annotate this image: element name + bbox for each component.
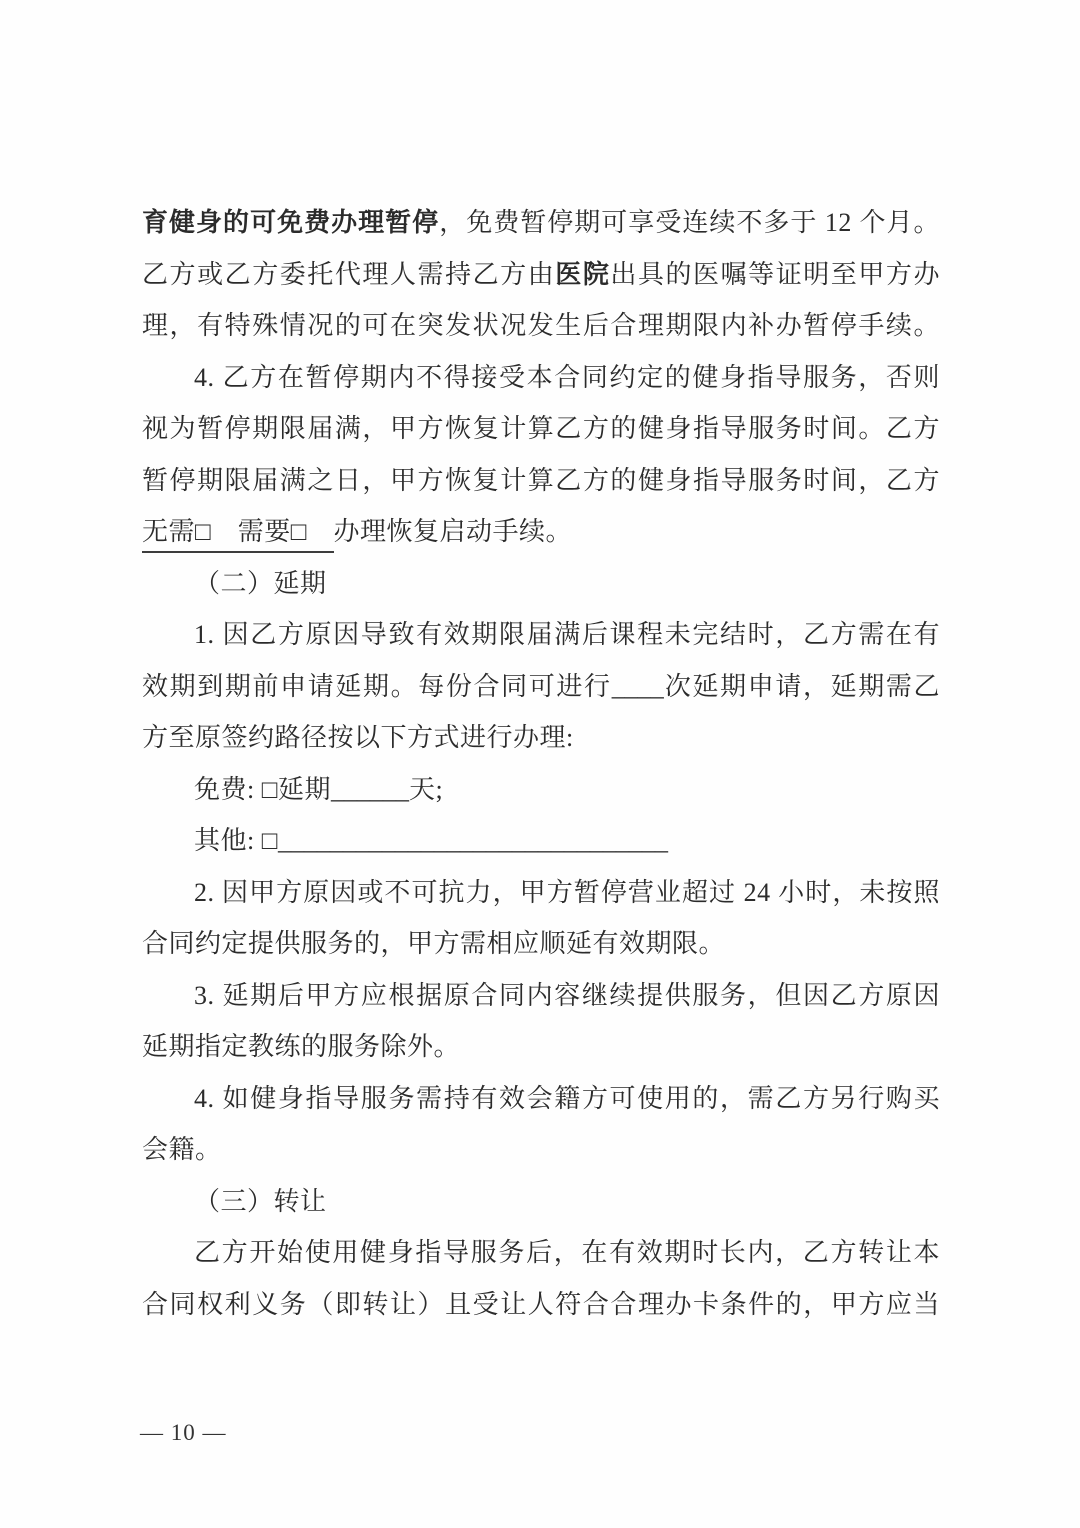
text-run: 天; (409, 775, 443, 804)
text-run: 视为暂停期限届满，甲方恢复计算乙方的健身指导服务时间。乙方 (142, 414, 940, 443)
checkbox-resume-not-needed[interactable]: □ (195, 517, 211, 553)
text-run (211, 517, 238, 553)
text-run: ，免费暂停期可享受连续不多于 12 个月。 (439, 208, 940, 237)
text-run: 延期指定教练的服务除外。 (142, 1032, 460, 1061)
text-run: 延期 (278, 775, 331, 804)
text-line: 乙方开始使用健身指导服务后，在有效期时长内，乙方转让本 (142, 1227, 940, 1279)
text-line: 3. 延期后甲方应根据原合同内容继续提供服务，但因乙方原因 (142, 970, 940, 1022)
text-line: 延期指定教练的服务除外。 (142, 1021, 940, 1073)
blank-extension-count[interactable]: ____ (612, 672, 664, 701)
text-line: 免费: □延期______天; (142, 764, 940, 816)
checkbox-other-extension[interactable]: □ (262, 826, 278, 855)
text-run: 其他: (194, 826, 262, 855)
text-run: 次延期申请，延期需乙 (664, 672, 940, 701)
checkbox-resume-needed[interactable]: □ (291, 517, 307, 553)
contract-page: 育健身的可免费办理暂停，免费暂停期可享受连续不多于 12 个月。乙方或乙方委托代… (0, 0, 1080, 1528)
text-line: 效期到期前申请延期。每份合同可进行____次延期申请，延期需乙 (142, 661, 940, 713)
text-run: 办理恢复启动手续。 (334, 517, 573, 546)
bold-run: 医院 (555, 260, 610, 289)
text-run: 会籍。 (142, 1135, 222, 1164)
text-run: 乙方开始使用健身指导服务后，在有效期时长内，乙方转让本 (194, 1238, 940, 1267)
text-line: 其他: □______________________________ (142, 815, 940, 867)
text-run: 出具的医嘱等证明至甲方办 (610, 260, 940, 289)
text-line: 乙方或乙方委托代理人需持乙方由医院出具的医嘱等证明至甲方办 (142, 249, 940, 301)
text-run: 方至原签约路径按以下方式进行办理: (142, 723, 574, 752)
checkbox-free-extension[interactable]: □ (262, 775, 278, 804)
text-run: （二）延期 (194, 569, 327, 598)
text-line: 理，有特殊情况的可在突发状况发生后合理期限内补办暂停手续。 (142, 300, 940, 352)
text-line: 视为暂停期限届满，甲方恢复计算乙方的健身指导服务时间。乙方 (142, 403, 940, 455)
text-line: 方至原签约路径按以下方式进行办理: (142, 712, 940, 764)
text-run: 需要 (238, 517, 291, 553)
document-content: 育健身的可免费办理暂停，免费暂停期可享受连续不多于 12 个月。乙方或乙方委托代… (142, 197, 940, 1330)
text-line: 会籍。 (142, 1124, 940, 1176)
text-run: 4. 乙方在暂停期内不得接受本合同约定的健身指导服务，否则 (194, 363, 940, 392)
page-number: — 10 — (140, 1413, 227, 1453)
text-run: 理，有特殊情况的可在突发状况发生后合理期限内补办暂停手续。 (142, 311, 940, 340)
text-line: 4. 如健身指导服务需持有效会籍方可使用的，需乙方另行购买 (142, 1073, 940, 1125)
text-line: 1. 因乙方原因导致有效期限届满后课程未完结时，乙方需在有 (142, 609, 940, 661)
text-run (307, 517, 334, 553)
text-run: 免费: (194, 775, 262, 804)
text-line: 育健身的可免费办理暂停，免费暂停期可享受连续不多于 12 个月。 (142, 197, 940, 249)
text-run: 1. 因乙方原因导致有效期限届满后课程未完结时，乙方需在有 (194, 620, 940, 649)
text-run: 4. 如健身指导服务需持有效会籍方可使用的，需乙方另行购买 (194, 1084, 940, 1113)
text-line: 无需□ 需要□ 办理恢复启动手续。 (142, 506, 940, 558)
text-run: 无需 (142, 517, 195, 553)
text-line: 合同权利义务（即转让）且受让人符合合理办卡条件的，甲方应当 (142, 1279, 940, 1331)
section-heading-transfer: （三）转让 (142, 1176, 940, 1228)
section-heading-extension: （二）延期 (142, 558, 940, 610)
bold-run: 育健身的可免费办理暂停 (142, 208, 439, 237)
text-line: 暂停期限届满之日，甲方恢复计算乙方的健身指导服务时间，乙方 (142, 455, 940, 507)
blank-other-terms[interactable]: ______________________________ (278, 826, 668, 855)
text-run: 暂停期限届满之日，甲方恢复计算乙方的健身指导服务时间，乙方 (142, 466, 940, 495)
text-run: 合同权利义务（即转让）且受让人符合合理办卡条件的，甲方应当 (142, 1290, 940, 1319)
text-run: （三）转让 (194, 1187, 327, 1216)
text-line: 4. 乙方在暂停期内不得接受本合同约定的健身指导服务，否则 (142, 352, 940, 404)
text-line: 2. 因甲方原因或不可抗力，甲方暂停营业超过 24 小时，未按照 (142, 867, 940, 919)
text-run: 效期到期前申请延期。每份合同可进行 (142, 672, 612, 701)
blank-extension-days[interactable]: ______ (331, 775, 409, 804)
text-run: 2. 因甲方原因或不可抗力，甲方暂停营业超过 24 小时，未按照 (194, 878, 940, 907)
text-run: 3. 延期后甲方应根据原合同内容继续提供服务，但因乙方原因 (194, 981, 940, 1010)
text-run: 合同约定提供服务的，甲方需相应顺延有效期限。 (142, 929, 725, 958)
text-run: 乙方或乙方委托代理人需持乙方由 (142, 260, 555, 289)
text-line: 合同约定提供服务的，甲方需相应顺延有效期限。 (142, 918, 940, 970)
